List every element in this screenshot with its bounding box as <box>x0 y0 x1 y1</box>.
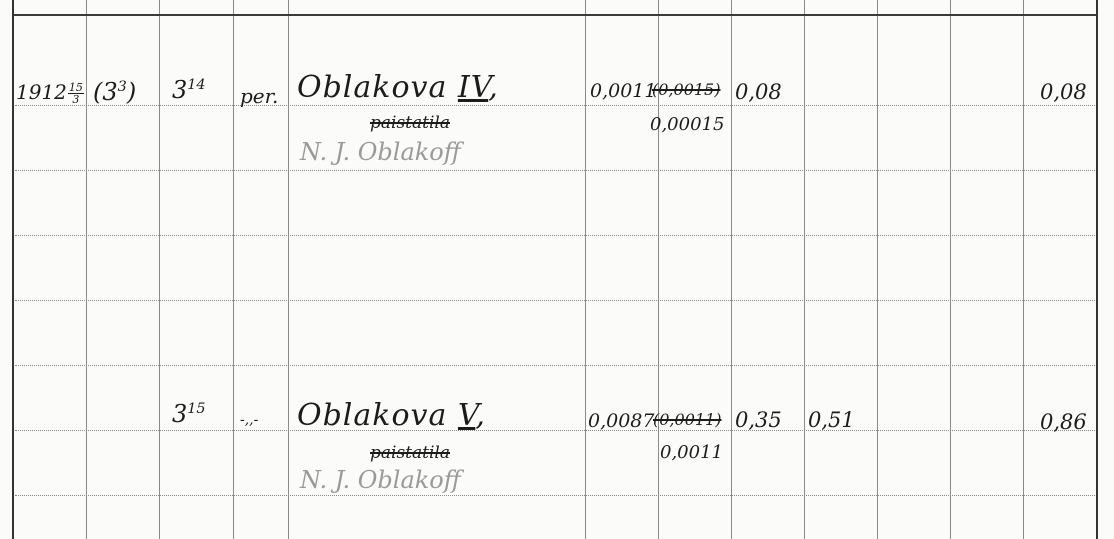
entry-1-pencil-note: N. J. Oblakoff <box>300 138 461 166</box>
entry-2-pencil-note: N. J. Oblakoff <box>300 466 461 494</box>
column-divider <box>86 0 87 539</box>
entry-2-value-2-struck: (0,0011) <box>653 410 721 429</box>
header-rule <box>13 14 1097 16</box>
entry-2-value-4: 0,51 <box>808 408 855 432</box>
row-line <box>15 430 1095 431</box>
column-divider <box>804 0 805 539</box>
entry-1-type: per. <box>240 84 278 108</box>
entry-1-year: 1912 <box>16 80 67 104</box>
entry-2-value-1: 0,0087 <box>588 410 654 432</box>
row-line <box>15 235 1095 236</box>
row-line <box>15 300 1095 301</box>
right-border <box>1096 0 1098 539</box>
column-divider <box>877 0 878 539</box>
entry-2-number: 315 <box>172 400 206 428</box>
entry-1-name: Oblakova IV, <box>297 70 499 105</box>
entry-2-name: Oblakova V, <box>297 398 486 433</box>
entry-1-date: 1912153 <box>16 80 84 105</box>
column-divider <box>288 0 289 539</box>
entry-2-type: -,,- <box>240 412 258 428</box>
entry-2-value-2-corrected: 0,0011 <box>660 442 723 463</box>
column-divider <box>1023 0 1024 539</box>
entry-2-total: 0,86 <box>1040 410 1087 434</box>
column-divider <box>585 0 586 539</box>
row-line <box>15 105 1095 106</box>
entry-1-value-3: 0,08 <box>735 80 782 104</box>
row-line <box>15 495 1095 496</box>
entry-1-struck-word: paistatila <box>370 113 450 133</box>
entry-2-value-3: 0,35 <box>735 408 782 432</box>
column-divider <box>159 0 160 539</box>
column-divider <box>233 0 234 539</box>
entry-1-reference: (33) <box>93 78 136 106</box>
entry-1-value-1: 0,0011 <box>590 80 656 102</box>
column-divider <box>950 0 951 539</box>
left-border <box>12 0 14 539</box>
row-line <box>15 365 1095 366</box>
ledger-page: 1912153 (33) 314 per. Oblakova IV, paist… <box>0 0 1114 539</box>
entry-1-total: 0,08 <box>1040 80 1087 104</box>
entry-1-value-2-struck: (0,0015) <box>652 80 720 99</box>
entry-1-date-fraction: 153 <box>68 82 84 105</box>
column-divider <box>731 0 732 539</box>
row-line <box>15 170 1095 171</box>
entry-2-struck-word: paistatila <box>370 443 450 463</box>
entry-1-value-2-corrected: 0,00015 <box>650 114 724 135</box>
entry-1-number: 314 <box>172 76 206 104</box>
